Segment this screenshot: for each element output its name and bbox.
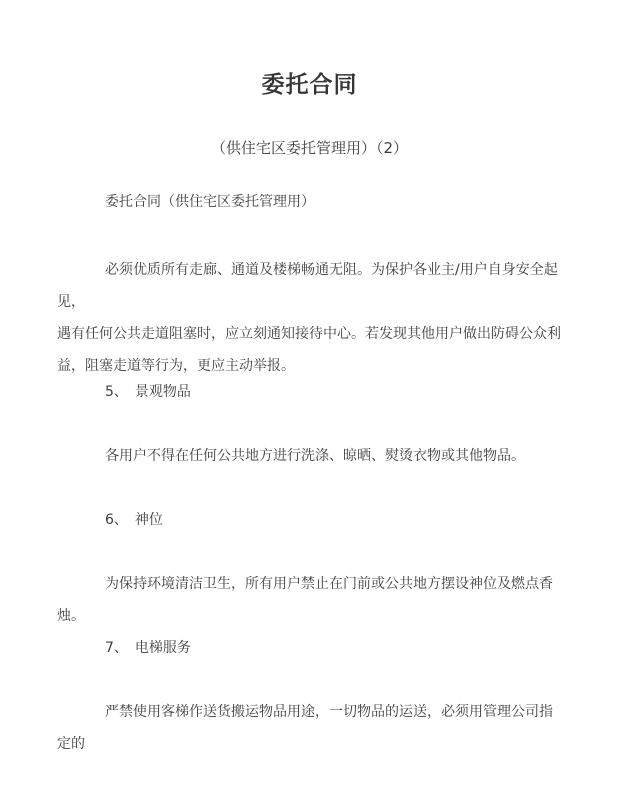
item-6-body: 为保持环境清洁卫生，所有用户禁止在门前或公共地方摆设神位及燃点香烛。	[57, 568, 562, 632]
item-6-heading: 6、 神位	[57, 504, 562, 536]
paragraph-corridors: 必须优质所有走廊、通道及楼梯畅通无阻。为保护各业主/用户自身安全起见， 遇有任何…	[57, 254, 562, 382]
item-5-heading: 5、 景观物品	[57, 376, 562, 408]
paragraph-corridors-line-2: 遇有任何公共走道阻塞时，应立刻通知接待中心。若发现其他用户做出防碍公众利	[57, 318, 562, 350]
document-title: 委托合同	[0, 70, 619, 100]
document-subtitle: （供住宅区委托管理用）（2）	[0, 136, 619, 160]
item-5-body: 各用户不得在任何公共地方进行洗涤、晾晒、熨烫衣物或其他物品。	[57, 440, 562, 472]
item-7-heading: 7、 电梯服务	[57, 632, 562, 664]
paragraph-corridors-line-1: 必须优质所有走廊、通道及楼梯畅通无阻。为保护各业主/用户自身安全起见，	[57, 254, 562, 318]
contract-document-page: 委托合同 （供住宅区委托管理用）（2） 委托合同（供住宅区委托管理用） 必须优质…	[0, 0, 619, 800]
item-7-body: 严禁使用客梯作送货搬运物品用途，一切物品的运送，必须用管理公司指定的	[57, 696, 562, 760]
document-heading-line: 委托合同（供住宅区委托管理用）	[57, 186, 562, 218]
